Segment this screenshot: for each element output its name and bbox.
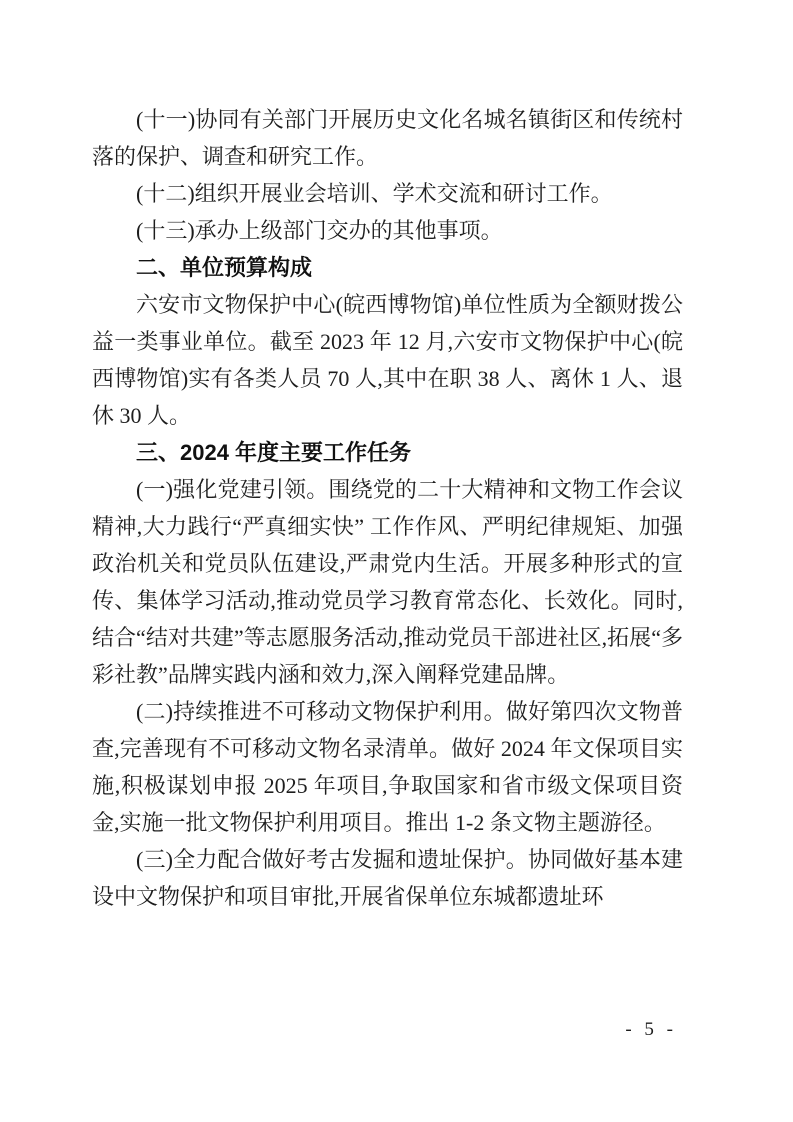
paragraph-item-13: (十三)承办上级部门交办的其他事项。 [92, 212, 683, 249]
paragraph-task-1-party-building: (一)强化党建引领。围绕党的二十大精神和文物工作会议精神,大力践行“严真细实快”… [92, 471, 683, 693]
paragraph-item-11: (十一)协同有关部门开展历史文化名城名镇街区和传统村落的保护、调查和研究工作。 [92, 101, 683, 175]
heading-2024-main-tasks: 三、2024 年度主要工作任务 [92, 434, 683, 471]
document-page: (十一)协同有关部门开展历史文化名城名镇街区和传统村落的保护、调查和研究工作。 … [0, 0, 793, 1122]
paragraph-item-12: (十二)组织开展业会培训、学术交流和研讨工作。 [92, 175, 683, 212]
paragraph-task-3-archaeology: (三)全力配合做好考古发掘和遗址保护。协同做好基本建设中文物保护和项目审批,开展… [92, 841, 683, 915]
page-number: - 5 - [625, 1019, 677, 1041]
heading-budget-composition: 二、单位预算构成 [92, 249, 683, 286]
document-body: (十一)协同有关部门开展历史文化名城名镇街区和传统村落的保护、调查和研究工作。 … [92, 101, 683, 915]
paragraph-task-2-immovable-relics: (二)持续推进不可移动文物保护利用。做好第四次文物普查,完善现有不可移动文物名录… [92, 693, 683, 841]
paragraph-unit-overview: 六安市文物保护中心(皖西博物馆)单位性质为全额财拨公益一类事业单位。截至 202… [92, 286, 683, 434]
